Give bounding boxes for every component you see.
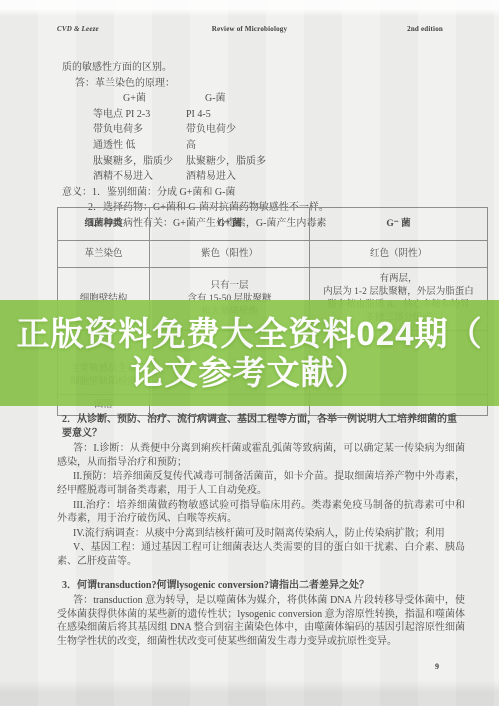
comparison-header-row: G+菌 G-菌: [93, 91, 461, 107]
comparison-right-value: 高: [186, 138, 461, 154]
table-row-gram-stain: 革兰染色 紫色（阳性） 红色（阴性）: [58, 241, 488, 268]
header-edition: 2nd edition: [407, 25, 443, 33]
q2-answer-diagnosis: 答：I.诊断：从粪便中分离到痢疾杆菌或霍乱弧菌等致病菌，可以确定某一传染病为细菌…: [57, 442, 465, 469]
cell-line: 内层为 1-2 层肽聚糖，外层为脂蛋白: [313, 286, 484, 299]
comparison-right-value: 带负电荷少: [186, 122, 461, 138]
q2-answer-genetic-engineering: V、基因工程：通过基因工程可让细菌表达人类需要的目的蛋白如干扰素、白介素、胰岛素…: [57, 541, 465, 568]
gneg-column-header: G-菌: [186, 91, 461, 107]
gneg-cell: 红色（阴性）: [310, 241, 488, 268]
comparison-left-value: 通透性 低: [93, 138, 186, 154]
comparison-row: 等电点 PI 2-3 PI 4-5: [93, 107, 461, 123]
question-3: 3．何谓transduction?何谓lysogenic conversion?…: [62, 579, 465, 593]
comparison-left-value: 酒精不易进入: [93, 169, 186, 185]
question-2: 2．从诊断、预防、治疗、流行病调查、基因工程等方面，各举一例说明人工培养细菌的重…: [62, 413, 465, 440]
intro-answer-line: 答：革兰染色的原理：: [75, 76, 461, 92]
comparison-row: 通透性 低 高: [93, 138, 461, 154]
table-header-gneg: G⁻ 菌: [310, 208, 488, 241]
table-header-row: 细菌种类 G⁺ 菌 G⁻ 菌: [58, 208, 488, 241]
table-header-species: 细菌种类: [58, 208, 150, 241]
gpos-cell: 紫色（阳性）: [150, 241, 310, 268]
q2-answer-epidemiology: IV.流行病调查：从痰中分离到结核杆菌可及时隔离传染病人，防止传染病扩散；利用: [57, 527, 465, 541]
gpos-column-header: G+菌: [93, 91, 186, 107]
watermark-text-line1: 正版资料免费大全资料024期（: [16, 314, 482, 353]
q3-answer: 答：transduction 意为转导，是以噬菌体为媒介，将供体菌 DNA 片段…: [57, 594, 465, 648]
section-gap: [57, 570, 465, 579]
table-header-gpos: G⁺ 菌: [150, 208, 310, 241]
comparison-right-value: PI 4-5: [186, 107, 461, 123]
intro-section: 质的敏感性方面的区别。 答：革兰染色的原理： G+菌 G-菌 等电点 PI 2-…: [57, 60, 461, 232]
comparison-left-value: 带负电荷多: [93, 122, 186, 138]
watermark-banner: 正版资料免费大全资料024期（ 论文参考文献）: [0, 300, 499, 406]
q2-answer-treatment: III.治疗：培养细菌做药物敏感试验可指导临床用药。类毒素免疫马制备的抗毒素可中…: [57, 499, 465, 526]
scanned-document-page: CVD & Leeze Review of Microbiology 2nd e…: [0, 0, 499, 706]
watermark-text-line2: 论文参考文献）: [131, 353, 369, 392]
comparison-row: 肽聚糖多，脂质少 肽聚糖少，脂质多: [93, 154, 461, 170]
question-answer-section: 2．从诊断、预防、治疗、流行病调查、基因工程等方面，各举一例说明人工培养细菌的重…: [57, 413, 465, 650]
row-label: 革兰染色: [58, 241, 150, 268]
q2-answer-prevention: II.预防：培养细菌反复传代减毒可制备活菌苗，如卡介苗。提取细菌培养产物中外毒素…: [57, 470, 465, 497]
comparison-right-value: 肽聚糖少，脂质多: [186, 154, 461, 170]
comparison-row: 酒精不易进入 酒精易进入: [93, 169, 461, 185]
comparison-left-value: 肽聚糖多，脂质少: [93, 154, 186, 170]
significance-line-1: 意义：1．鉴别细菌：分成 G+菌和 G-菌: [62, 185, 461, 201]
cell-line: 有两层，: [313, 273, 484, 286]
comparison-left-value: 等电点 PI 2-3: [93, 107, 186, 123]
intro-topic-line: 质的敏感性方面的区别。: [62, 60, 461, 76]
comparison-row: 带负电荷多 带负电荷少: [93, 122, 461, 138]
comparison-right-value: 酒精易进入: [186, 169, 461, 185]
page-number: 9: [435, 662, 439, 671]
gram-comparison-list: G+菌 G-菌 等电点 PI 2-3 PI 4-5 带负电荷多 带负电荷少 通透…: [93, 91, 461, 185]
cell-line: 只有一层: [153, 280, 306, 293]
